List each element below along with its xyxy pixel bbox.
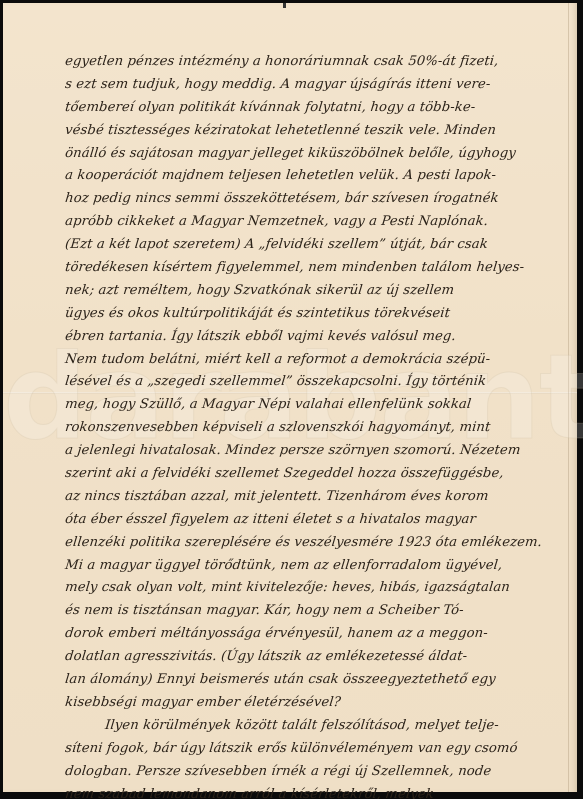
text-line: szerint aki a felvidéki szellemet Szeged… [64, 463, 556, 486]
text-line: lan álomány) Ennyi beismerés után csak ö… [64, 669, 556, 692]
text-line: töredékesen kísértem figyelemmel, nem mi… [64, 257, 556, 280]
text-line: óta éber ésszel figyelem az itteni élete… [64, 509, 556, 532]
text-line: Mi a magyar üggyel törődtünk, nem az ell… [64, 555, 556, 578]
text-line-paragraph-start: Ilyen körülmények között talált felszólí… [64, 715, 556, 738]
paper-edge-shadow [568, 3, 569, 792]
text-line: a jelenlegi hivatalosak. Mindez persze s… [64, 440, 556, 463]
text-line: s ezt sem tudjuk, hogy meddig. A magyar … [64, 74, 556, 97]
text-line: tőembereí olyan politikát kívánnak folyt… [64, 97, 556, 120]
text-line: és nem is tisztánsan magyar. Kár, hogy n… [64, 600, 556, 623]
staple-mark [283, 3, 286, 8]
text-line: dologban. Persze szívesebben írnék a rég… [64, 761, 556, 784]
text-line: az nincs tisztában azzal, mit jelentett.… [64, 486, 556, 509]
text-line: meg, hogy Szüllő, a Magyar Népi valahai … [64, 394, 556, 417]
text-line: ébren tartania. Így látszik ebből vajmi … [64, 326, 556, 349]
text-line: vésbé tisztességes kéziratokat lehetetle… [64, 120, 556, 143]
text-line: (Ezt a két lapot szeretem) A „felvidéki … [64, 234, 556, 257]
text-line: egyetlen pénzes intézmény a honoráriumna… [64, 51, 556, 74]
letter-page: darabanth egyetlen pénzes intézmény a ho… [3, 3, 577, 792]
text-line: dorok emberi méltányossága érvényesül, h… [64, 623, 556, 646]
text-line: ellenzéki politika szereplésére és veszé… [64, 532, 556, 555]
text-line: mely csak olyan volt, mint kivitelezője:… [64, 577, 556, 600]
text-line: nek; azt reméltem, hogy Szvatkónak siker… [64, 280, 556, 303]
handwritten-text-body: egyetlen pénzes intézmény a honoráriumna… [65, 51, 555, 799]
text-line: síteni fogok, bár úgy látszik erős külön… [64, 738, 556, 761]
text-line: rokonszenvesebben képviseli a szlovenszk… [64, 417, 556, 440]
text-line: dolatlan agresszivitás. (Úgy látszik az … [64, 646, 556, 669]
text-line: kisebbségi magyar ember életérzésével? [64, 692, 556, 715]
text-line: önálló és sajátosan magyar jelleget kikü… [64, 143, 556, 166]
text-line: Nem tudom belátni, miért kell a reformot… [64, 349, 556, 372]
text-line: ügyes és okos kultúrpolitikáját és szint… [64, 303, 556, 326]
text-line: lésével és a „szegedi szellemmel” összek… [64, 371, 556, 394]
text-line: hoz pedig nincs semmi összeköttetésem, b… [64, 188, 556, 211]
text-line: nem szabad lemondanom arról a kísérletek… [64, 784, 556, 799]
text-line: apróbb cikkeket a Magyar Nemzetnek, vagy… [64, 211, 556, 234]
text-line: a kooperációt majdnem teljesen lehetetle… [64, 165, 556, 188]
